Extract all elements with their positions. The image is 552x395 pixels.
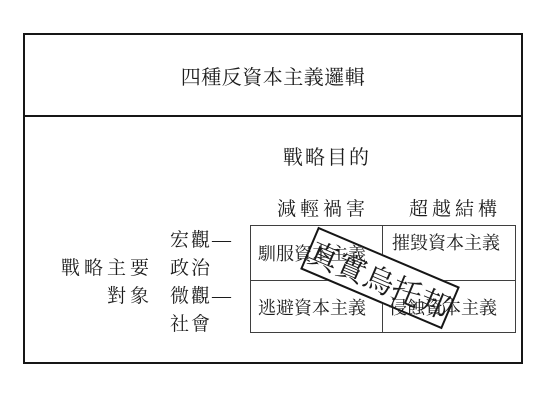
strategic-purpose-axis-label: 戰略目的 [283, 141, 371, 170]
target-axis-label-line2: 對象 [33, 283, 153, 311]
diagram-frame: 四種反資本主義邏輯 戰略目的 減輕禍害 超越結構 戰略主要 對象 宏觀— 政治 … [23, 33, 523, 364]
row-scale-labels: 宏觀— 政治 微觀— 社會 [170, 227, 233, 339]
cell-taming-text: 馴服資本主義 [258, 240, 366, 266]
figure-title: 四種反資本主義邏輯 [181, 61, 366, 90]
cell-eroding-text: 侵蝕資本主義 [389, 294, 497, 320]
target-axis-label-line1: 戰略主要 [33, 255, 153, 283]
col-header-mitigate-harm: 減輕禍害 [277, 194, 369, 221]
row-label-social: 社會 [170, 311, 233, 339]
title-bar: 四種反資本主義邏輯 [25, 35, 521, 117]
col-header-transcend-structure: 超越結構 [409, 194, 501, 221]
figure-canvas: 四種反資本主義邏輯 戰略目的 減輕禍害 超越結構 戰略主要 對象 宏觀— 政治 … [0, 0, 552, 395]
cell-escaping-text: 逃避資本主義 [258, 294, 366, 320]
row-label-macro: 宏觀— [170, 227, 233, 255]
strategic-target-axis-label: 戰略主要 對象 [33, 255, 153, 311]
row-label-political: 政治 [170, 255, 233, 283]
row-label-micro: 微觀— [170, 283, 233, 311]
cell-smashing-text: 摧毀資本主義 [392, 229, 500, 255]
